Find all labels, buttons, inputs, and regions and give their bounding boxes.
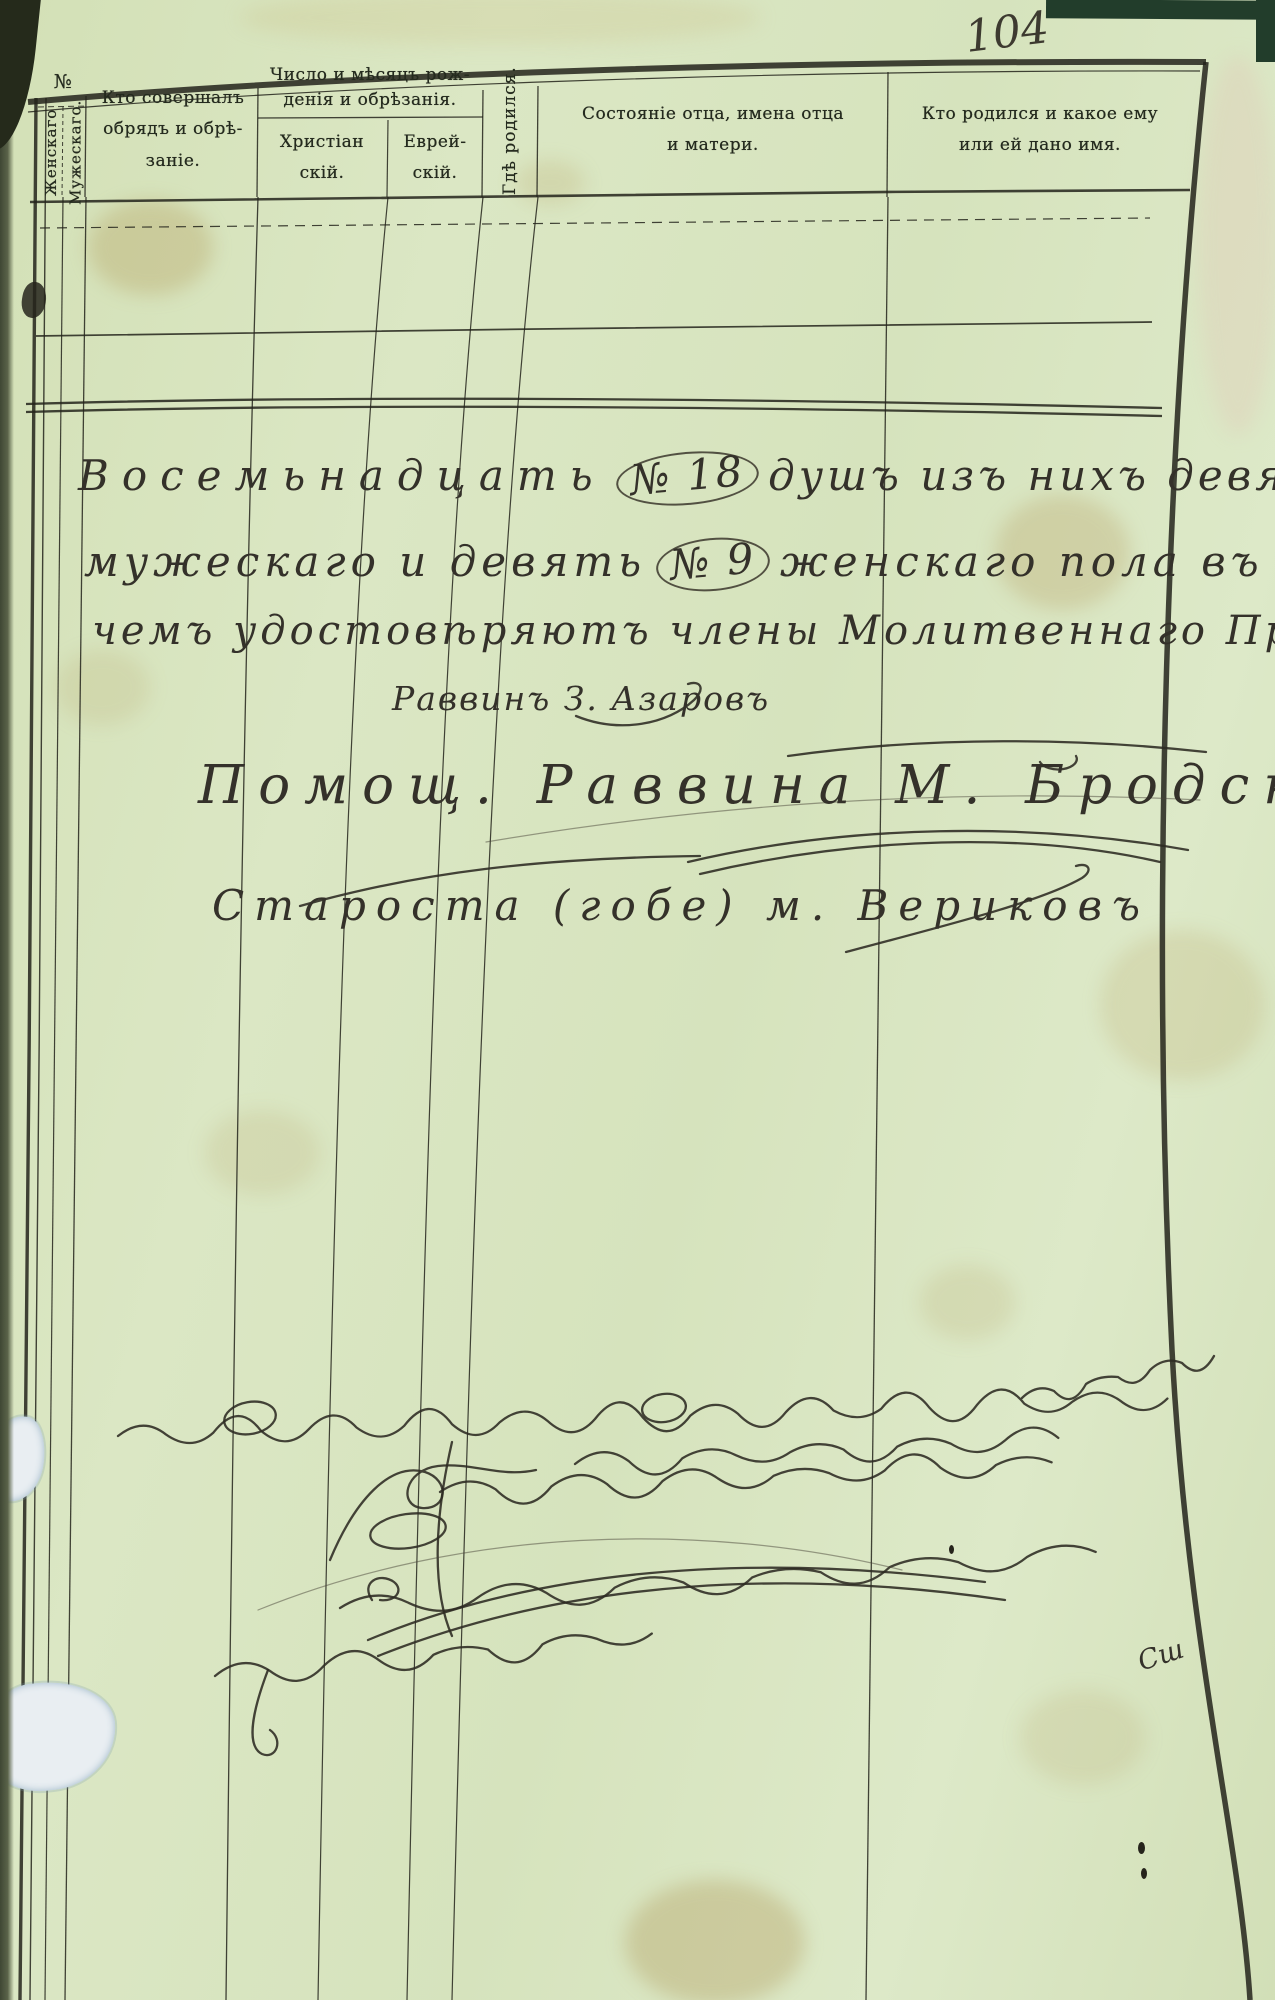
hebrew-line-1 [1022, 1356, 1214, 1399]
hebrew-signature-loops [330, 1465, 536, 1560]
table-border-right [1162, 62, 1250, 2000]
header-date-group: Число и мѣсяцъ рож- денія и обрѣзанія. [258, 58, 482, 118]
ink-dot [949, 1545, 954, 1554]
rabbi-signature: Раввинъ З. Азаровъ [392, 682, 770, 717]
circled-number-18: № 18 [614, 446, 761, 511]
table-and-ink-layer [0, 0, 1275, 2000]
header-father-status: Состояніе отца, имена отца и матери. [540, 62, 886, 198]
hebrew-line-5 [340, 1546, 1096, 1611]
handwritten-line-2: мужескаго и девять№ 9женскаго пола въ [84, 538, 1264, 591]
hebrew-line-3 [575, 1428, 1058, 1475]
hebrew-signature-oval [368, 1509, 448, 1553]
circled-number-9: № 9 [654, 533, 772, 596]
row-separator-line [36, 322, 1152, 336]
souls-words: душъ изъ нихъ девять [768, 451, 1275, 500]
header-where-born: Гдѣ родился. [484, 64, 537, 198]
assistant-signature-underline [688, 831, 1188, 862]
ink-dot [1141, 1868, 1147, 1879]
header-male: Мужескаго. [64, 106, 87, 198]
scan-edge-top-right [1046, 0, 1275, 20]
table-borders [20, 62, 1250, 2000]
hebrew-line-4 [440, 1454, 1052, 1503]
scanned-metrical-book-page: № Женскаго Мужескаго. Кто совершалъ обря… [0, 0, 1275, 2000]
header-female: Женскаго [38, 106, 64, 198]
assistant-rabbi-signature: Помощ. Раввина М. Бродск. [198, 758, 1275, 814]
hebrew-descender-loop [253, 1670, 278, 1755]
count-words: Восемьнадцать [78, 451, 606, 500]
hebrew-line-6 [215, 1634, 652, 1681]
handwritten-line-3: чемъ удостовѣряютъ члены Молитвеннаго Пр… [92, 610, 1275, 652]
handwritten-line-1: Восемьнадцать№ 18душъ изъ нихъ девять№ 9 [78, 452, 1275, 505]
starosta-signature: Староста (гобе) м. Вериковъ [212, 884, 1150, 928]
header-christian: Христіан скій. [258, 118, 386, 198]
assistant-signature-topstroke [788, 741, 1206, 756]
section-rule-2 [26, 407, 1162, 416]
hebrew-cursive-script [118, 1356, 1214, 1755]
scan-edge-left [0, 0, 14, 2000]
header-who-born: Кто родился и какое ему или ей дано имя. [890, 62, 1190, 198]
page-number: 104 [962, 5, 1051, 61]
ink-dot [1138, 1842, 1145, 1854]
header-jewish: Еврей- скій. [388, 118, 482, 198]
scan-corner-top-right [1256, 0, 1275, 62]
header-who-performed: Кто совершалъ обрядъ и обрѣ- заніе. [90, 62, 256, 198]
